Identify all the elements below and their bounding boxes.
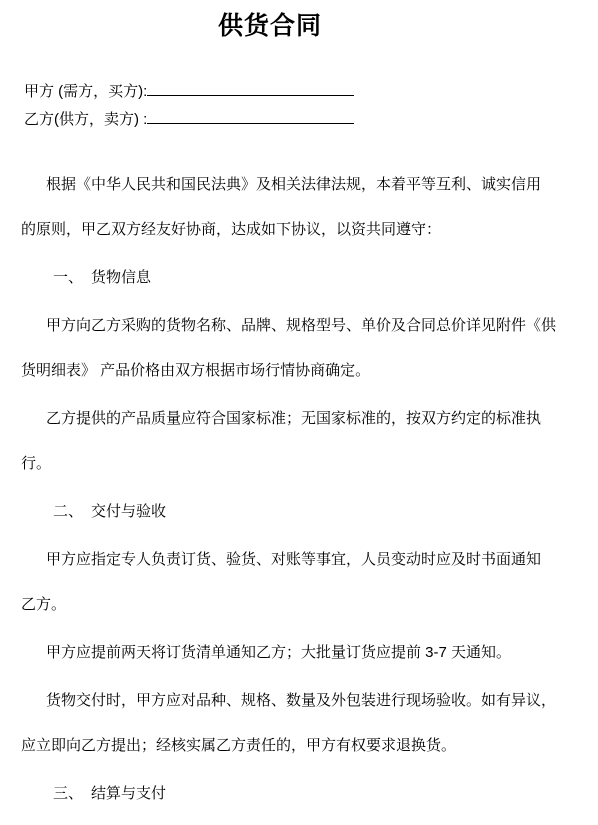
delivery-paragraph-1: 甲方应指定专人负责订货、验货、对账等事宜，人员变动时应及时书面通知 乙方。 <box>21 537 598 627</box>
section-number: 二、 <box>53 503 83 520</box>
section-title: 交付与验收 <box>91 503 166 520</box>
paragraph-line: 应立即向乙方提出；经核实属乙方责任的，甲方有权要求退换货。 <box>21 723 598 768</box>
paragraph-line: 乙方提供的产品质量应符合国家标准；无国家标准的，按双方约定的标准执 <box>21 396 598 441</box>
section-number: 一、 <box>53 269 83 286</box>
delivery-paragraph-3: 货物交付时，甲方应对品种、规格、数量及外包装进行现场验收。如有异议， 应立即向乙… <box>21 678 598 768</box>
section-2-heading: 二、交付与验收 <box>21 489 598 534</box>
paragraph-line: 的原则，甲乙双方经友好协商，达成如下协议，以资共同遵守： <box>21 207 598 252</box>
paragraph-line: 行。 <box>21 441 598 486</box>
paragraph-line: 货明细表》 产品价格由双方根据市场行情协商确定。 <box>21 348 598 393</box>
party-b-blank-line <box>147 108 354 124</box>
contract-body: 根据《中华人民共和国民法典》及相关法律法规，本着平等互利、诚实信用 的原则，甲乙… <box>21 162 598 816</box>
preamble-paragraph: 根据《中华人民共和国民法典》及相关法律法规，本着平等互利、诚实信用 的原则，甲乙… <box>21 162 598 252</box>
goods-info-paragraph-1: 甲方向乙方采购的货物名称、品牌、规格型号、单价及合同总价详见附件《供 货明细表》… <box>21 303 598 393</box>
document-title: 供货合同 <box>24 10 516 42</box>
goods-info-paragraph-2: 乙方提供的产品质量应符合国家标准；无国家标准的，按双方约定的标准执 行。 <box>21 396 598 486</box>
party-section: 甲方 (需方，买方): 乙方(供方，卖方) : <box>24 78 598 134</box>
paragraph-line: 甲方应指定专人负责订货、验货、对账等事宜，人员变动时应及时书面通知 <box>21 537 598 582</box>
section-3-heading: 三、结算与支付 <box>21 771 598 816</box>
paragraph-line: 甲方向乙方采购的货物名称、品牌、规格型号、单价及合同总价详见附件《供 <box>21 303 598 348</box>
paragraph-line: 乙方。 <box>21 582 598 627</box>
section-title: 结算与支付 <box>91 785 166 802</box>
delivery-paragraph-2: 甲方应提前两天将订货清单通知乙方；大批量订货应提前 3-7 天通知。 <box>21 630 598 675</box>
contract-page: 供货合同 甲方 (需方，买方): 乙方(供方，卖方) : 根据《中华人民共和国民… <box>0 0 598 825</box>
party-a-blank-line <box>147 80 354 96</box>
paragraph-line: 货物交付时，甲方应对品种、规格、数量及外包装进行现场验收。如有异议， <box>21 678 598 723</box>
section-number: 三、 <box>53 785 83 802</box>
party-a-label: 甲方 (需方，买方): <box>24 83 147 100</box>
section-1-heading: 一、货物信息 <box>21 255 598 300</box>
party-b-label: 乙方(供方，卖方) : <box>24 111 147 128</box>
party-a-line: 甲方 (需方，买方): <box>24 78 598 106</box>
paragraph-line: 根据《中华人民共和国民法典》及相关法律法规，本着平等互利、诚实信用 <box>21 162 598 207</box>
party-b-line: 乙方(供方，卖方) : <box>24 106 598 134</box>
paragraph-line: 甲方应提前两天将订货清单通知乙方；大批量订货应提前 3-7 天通知。 <box>21 630 598 675</box>
section-title: 货物信息 <box>91 269 151 286</box>
